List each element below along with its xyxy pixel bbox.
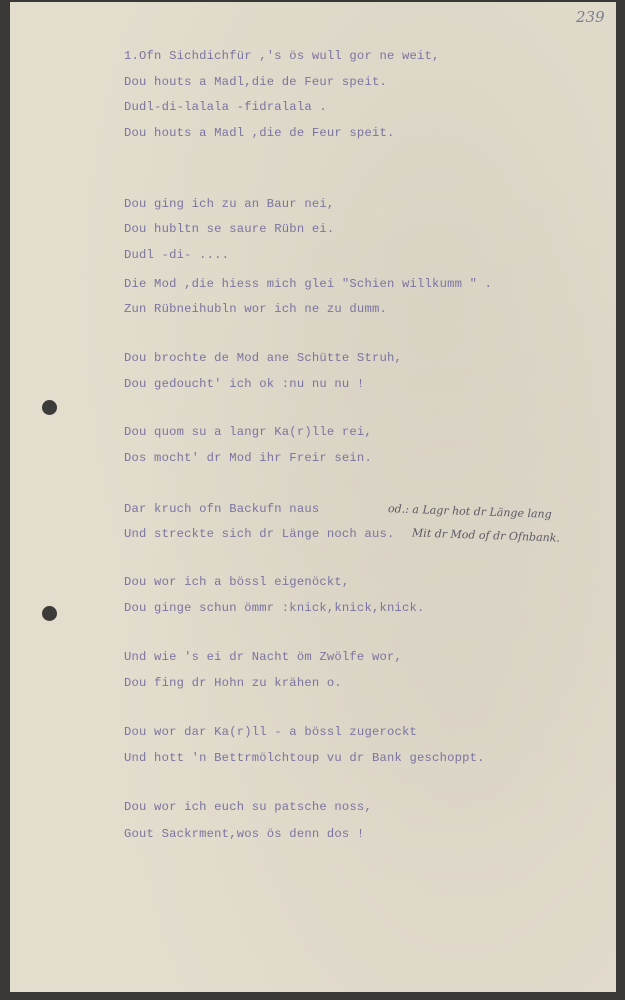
typed-line: Dar kruch ofn Backufn naus [124, 502, 319, 516]
typed-line: Und streckte sich dr Länge noch aus. [124, 527, 395, 541]
typed-line: Und hott 'n Bettrmölchtoup vu dr Bank ge… [124, 751, 485, 765]
typed-line: Dou wor ich a bössl eigenöckt, [124, 575, 349, 589]
typed-line: Und wie 's ei dr Nacht öm Zwölfe wor, [124, 650, 402, 664]
typed-line: Dou houts a Madl ,die de Feur speit. [124, 126, 395, 140]
handwritten-note-line: Mit dr Mod of dr Ofnbank. [412, 526, 560, 544]
typed-line: Dou wor ich euch su patsche noss, [124, 800, 372, 814]
typed-line: Dos mocht' dr Mod ihr Freir sein. [124, 451, 372, 465]
typed-line: Dou fing dr Hohn zu krähen o. [124, 676, 342, 690]
typed-line: Zun Rübneihubln wor ich ne zu dumm. [124, 302, 387, 316]
document-page: 239 1.Ofn Sichdichfür ,'s ös wull gor ne… [10, 2, 616, 992]
typed-line: Dou gedoucht' ich ok :nu nu nu ! [124, 377, 364, 391]
typed-line: Dudl-di-lalala -fidralala . [124, 100, 327, 114]
page-number: 239 [576, 8, 605, 26]
typed-line: 1.Ofn Sichdichfür ,'s ös wull gor ne wei… [124, 49, 440, 63]
handwritten-note-line: od.: a Lagr hot dr Länge lang [388, 502, 552, 521]
typed-line: Dou quom su a langr Ka(r)lle rei, [124, 425, 372, 439]
typed-line: Dou hubltn se saure Rübn ei. [124, 222, 334, 236]
typed-line: Die Mod ,die hiess mich glei "Schien wil… [124, 277, 492, 291]
typed-line: Dou houts a Madl,die de Feur speit. [124, 75, 387, 89]
typed-line: Dou wor dar Ka(r)ll - a bössl zugerockt [124, 725, 417, 739]
typed-line: Dudl -di- .... [124, 248, 229, 262]
typed-line: Dou ging ich zu an Baur nei, [124, 197, 334, 211]
punch-hole [42, 400, 57, 415]
typed-line: Dou brochte de Mod ane Schütte Struh, [124, 351, 402, 365]
typed-line: Gout Sackrment,wos ös denn dos ! [124, 827, 364, 841]
typed-line: Dou ginge schun ömmr :knick,knick,knick. [124, 601, 425, 615]
punch-hole [42, 606, 57, 621]
